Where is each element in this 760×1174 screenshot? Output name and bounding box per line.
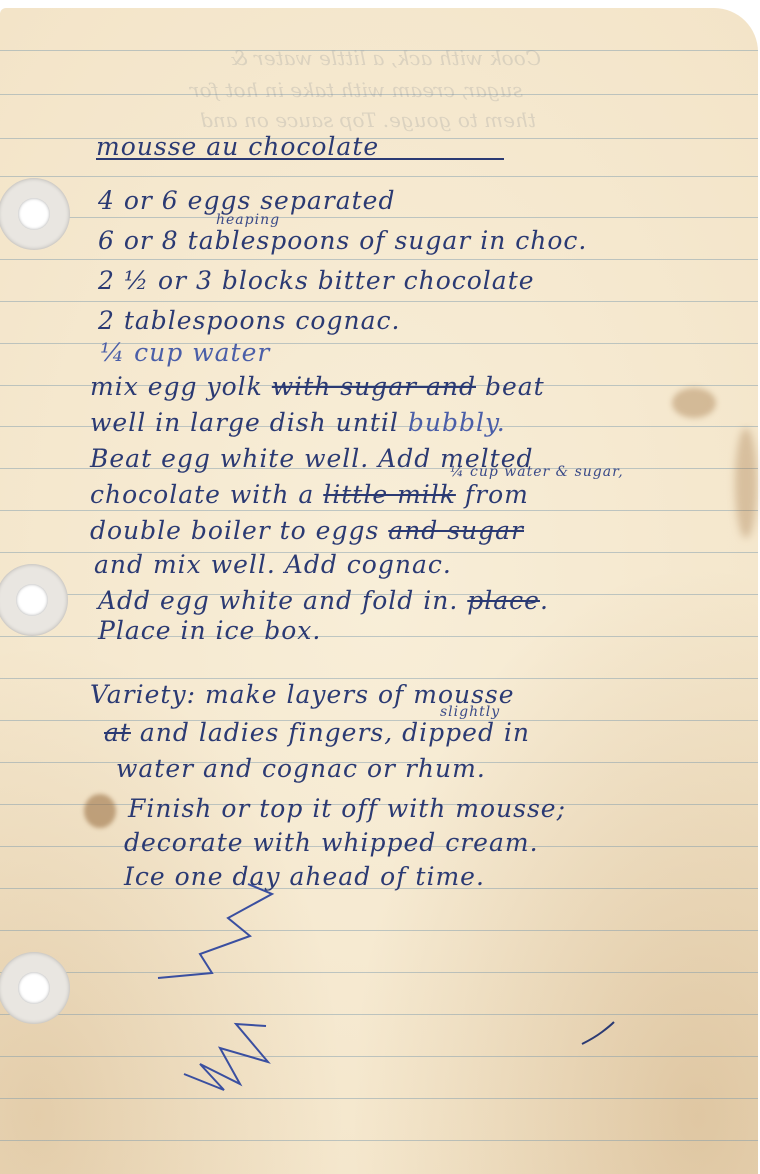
variety-line: at and ladies fingers, dipped in — [104, 718, 530, 747]
zigzag-doodle — [150, 876, 280, 986]
ingredient-line: 2 tablespoons cognac. — [98, 306, 400, 335]
struck-text: place — [467, 586, 540, 615]
variety-line: water and cognac or rhum. — [116, 754, 486, 783]
recipe-title: mousse au chocolate — [96, 132, 379, 161]
title-underline — [96, 158, 504, 160]
method-line: mix egg yolk with sugar and beat — [90, 372, 545, 401]
method-line: well in large dish until bubbly. — [90, 408, 506, 437]
struck-text: at — [104, 718, 131, 747]
bleed-through-line: sugar, cream with take in hot for — [190, 78, 523, 102]
variety-line: decorate with whipped cream. — [124, 828, 539, 857]
method-line: Place in ice box. — [98, 616, 321, 645]
binder-hole — [0, 564, 68, 636]
ingredient-line: 6 or 8 tablespoons of sugar in choc. — [98, 226, 587, 255]
struck-text: and sugar — [388, 516, 524, 545]
struck-text: with sugar and — [272, 372, 476, 401]
ingredient-line: 4 or 6 eggs separated — [98, 186, 395, 215]
zigzag-doodle — [176, 1012, 286, 1102]
variety-line: Finish or top it off with mousse; — [128, 794, 566, 823]
struck-text: little milk — [323, 480, 456, 509]
bleed-through-line: Cook with ack, a little water & — [230, 46, 541, 70]
method-line: and mix well. Add cognac. — [94, 550, 452, 579]
method-line: double boiler to eggs and sugar — [90, 516, 524, 545]
binder-hole — [0, 178, 70, 250]
method-line: chocolate with a little milk from — [90, 480, 529, 509]
method-line: Add egg white and fold in. place. — [98, 586, 549, 615]
pen-mark — [580, 1020, 620, 1050]
stain — [735, 428, 757, 538]
bleed-through-line: them to gouge. Top sauce on and — [200, 108, 536, 132]
method-annotation: ¼ cup water & sugar, — [450, 464, 624, 480]
recipe-card: Cook with ack, a little water & sugar, c… — [0, 8, 758, 1174]
ingredient-line: 2 ½ or 3 blocks bitter chocolate — [98, 266, 535, 295]
stain — [84, 794, 116, 828]
binder-hole — [0, 952, 70, 1024]
ingredient-line: ¼ cup water — [100, 338, 270, 367]
stain — [672, 388, 716, 418]
